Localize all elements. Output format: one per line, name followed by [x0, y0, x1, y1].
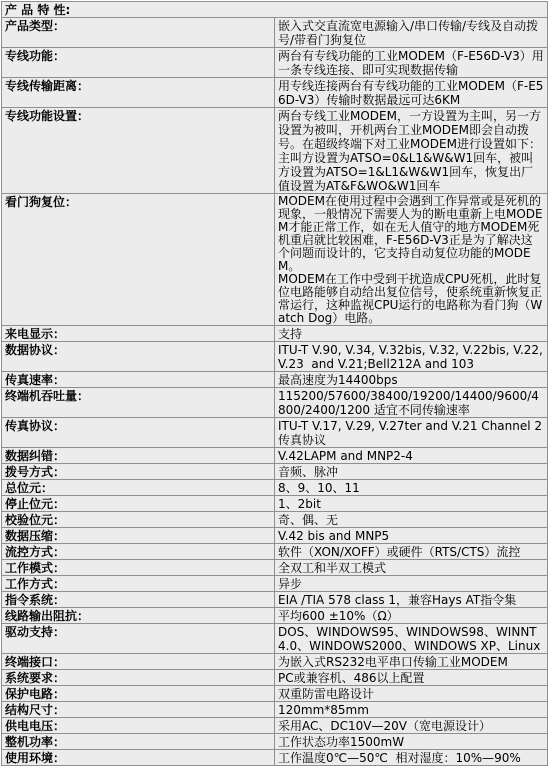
- spec-row: 数据协议： ITU-T V.90, V.34, V.32bis, V.32, V…: [2, 342, 548, 372]
- spec-value: 奇、偶、无: [275, 512, 548, 528]
- spec-label: 传真速率：: [2, 372, 275, 388]
- spec-row: 来电显示： 支持: [2, 326, 548, 342]
- page-title: 产 品 特 性:: [2, 2, 548, 18]
- spec-label: 停止位元：: [2, 496, 275, 512]
- spec-header-row: 产 品 特 性:: [2, 2, 548, 18]
- spec-row: 传真速率： 最高速度为14400bps: [2, 372, 548, 388]
- spec-row: 产品类型： 嵌入式交直流宽电源输入/串口传输/专线及自动拨号/带看门狗复位: [2, 18, 548, 48]
- spec-label: 传真协议：: [2, 418, 275, 448]
- spec-label: 总位元：: [2, 480, 275, 496]
- spec-row: 停止位元： 1、2bit: [2, 496, 548, 512]
- spec-label: 产品类型：: [2, 18, 275, 48]
- spec-value: 嵌入式交直流宽电源输入/串口传输/专线及自动拨号/带看门狗复位: [275, 18, 548, 48]
- spec-row: 专线功能： 两台有专线功能的工业MODEM（F-E56D-V3）用一条专线连接、…: [2, 48, 548, 78]
- spec-label: 拨号方式：: [2, 464, 275, 480]
- spec-sheet: 产 品 特 性: 产品类型： 嵌入式交直流宽电源输入/串口传输/专线及自动拨号/…: [1, 1, 548, 545]
- spec-row: 专线功能设置： 两台专线工业MODEM，一方设置为主叫，另一方设置为被叫，开机两…: [2, 108, 548, 194]
- spec-value: 音频、脉冲: [275, 464, 548, 480]
- spec-value: 两台专线工业MODEM，一方设置为主叫，另一方设置为被叫，开机两台工业MODEM…: [275, 108, 548, 194]
- spec-row: 数据压缩： V.42 bis and MNP5: [2, 528, 548, 544]
- spec-label: 数据协议：: [2, 342, 275, 372]
- spec-value: V.42 bis and MNP5: [275, 528, 548, 544]
- spec-row: 拨号方式： 音频、脉冲: [2, 464, 548, 480]
- spec-row: 数据纠错： V.42LAPM and MNP2-4: [2, 448, 548, 464]
- spec-row: 终端机吞吐量： 115200/57600/38400/19200/14400/9…: [2, 388, 548, 418]
- spec-value: 8、9、10、11: [275, 480, 548, 496]
- spec-row: 专线传输距离： 用专线连接两台有专线功能的工业MODEM（F-E56D-V3）传…: [2, 78, 548, 108]
- spec-value: MODEM在使用过程中会遇到工作异常或是死机的现象，一般情况下需要人为的断电重新…: [275, 194, 548, 326]
- spec-value: 115200/57600/38400/19200/14400/9600/4800…: [275, 388, 548, 418]
- spec-row: 看门狗复位： MODEM在使用过程中会遇到工作异常或是死机的现象，一般情况下需要…: [2, 194, 548, 326]
- spec-row: 传真协议： ITU-T V.17, V.29, V.27ter and V.21…: [2, 418, 548, 448]
- spec-label: 终端机吞吐量：: [2, 388, 275, 418]
- spec-value: 支持: [275, 326, 548, 342]
- spec-value: ITU-T V.17, V.29, V.27ter and V.21 Chann…: [275, 418, 548, 448]
- spec-label: 数据纠错：: [2, 448, 275, 464]
- spec-label: 来电显示：: [2, 326, 275, 342]
- spec-label: 校验位元：: [2, 512, 275, 528]
- spec-label: 专线传输距离：: [2, 78, 275, 108]
- spec-label: 看门狗复位：: [2, 194, 275, 326]
- spec-row: 总位元： 8、9、10、11: [2, 480, 548, 496]
- spec-value: ITU-T V.90, V.34, V.32bis, V.32, V.22bis…: [275, 342, 548, 372]
- spec-table: 产 品 特 性: 产品类型： 嵌入式交直流宽电源输入/串口传输/专线及自动拨号/…: [1, 1, 548, 545]
- spec-value: 用专线连接两台有专线功能的工业MODEM（F-E56D-V3）传输时数据最远可达…: [275, 78, 548, 108]
- spec-value: 1、2bit: [275, 496, 548, 512]
- spec-table-body: 产 品 特 性: 产品类型： 嵌入式交直流宽电源输入/串口传输/专线及自动拨号/…: [2, 2, 548, 546]
- spec-value: 两台有专线功能的工业MODEM（F-E56D-V3）用一条专线连接、即可实现数据…: [275, 48, 548, 78]
- spec-row: 校验位元： 奇、偶、无: [2, 512, 548, 528]
- spec-label: 专线功能设置：: [2, 108, 275, 194]
- spec-label: 数据压缩：: [2, 528, 275, 544]
- spec-value: V.42LAPM and MNP2-4: [275, 448, 548, 464]
- spec-value: 最高速度为14400bps: [275, 372, 548, 388]
- spec-label: 专线功能：: [2, 48, 275, 78]
